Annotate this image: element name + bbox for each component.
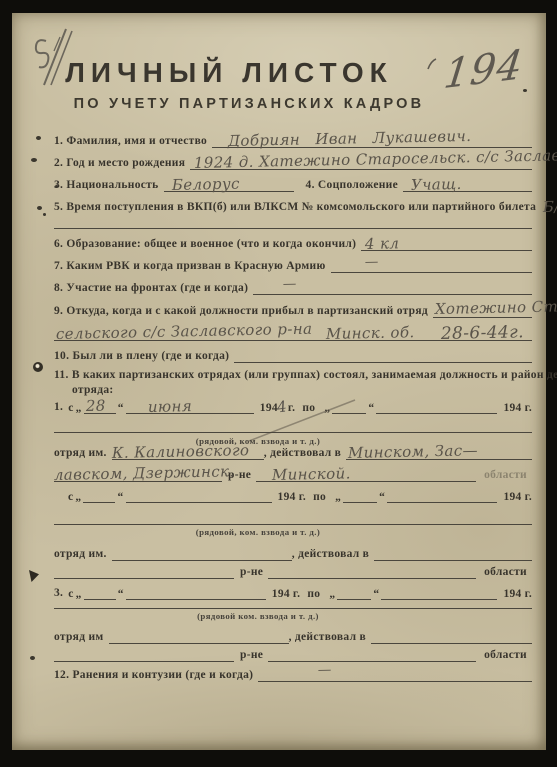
acted-label: , действовал в	[289, 631, 371, 644]
field-education: 6. Образование: общее и военное (что и к…	[54, 234, 532, 251]
year-suffix: г.	[525, 402, 532, 414]
field-party: 5. Время поступления в ВКП(б) или ВЛКСМ …	[54, 197, 532, 214]
year-prefix: 194	[272, 588, 290, 600]
record3-unit-writein-line	[109, 627, 289, 644]
field-party-label: 5. Время поступления в ВКП(б) или ВЛКСМ …	[54, 201, 541, 214]
oblast-label: области	[476, 649, 532, 662]
record1-district-row: лавском, Дзержинск. р-не Минской. област…	[54, 465, 532, 482]
year-prefix: 194	[278, 491, 296, 503]
field-captivity-label: 10. Был ли в плену (где и когда)	[54, 350, 234, 363]
record3-from-month-line	[126, 583, 266, 600]
field-birth: 2. Год и место рождения 1924 д. Хатежино…	[54, 153, 532, 170]
record1-unit: отряд им. К. Калиновского , действовал в…	[54, 443, 532, 460]
field-rvk-writein-line: —	[331, 256, 532, 273]
field-units-heading: 11. В каких партизанских отрядах (или гр…	[54, 368, 532, 382]
field-rvk-label: 7. Каким РВК и когда призван в Красную А…	[54, 260, 331, 273]
year-prefix: 194	[503, 402, 521, 414]
field-units-heading-line1: 11. В каких партизанских отрядах (или гр…	[54, 369, 557, 382]
field-wounds-label: 12. Ранения и контузии (где и когда)	[54, 669, 258, 682]
record2-dates: с „ “ 194 г. по „ “ 194 г.	[68, 486, 532, 503]
district-label: р-не	[234, 649, 268, 662]
close-quote: “	[117, 491, 123, 503]
record3-position-line	[54, 608, 532, 609]
pen-tick-mark	[426, 57, 438, 71]
field-origin-value-line1: Хотежино Старо-	[435, 299, 557, 316]
page-subtitle: ПО УЧЕТУ ПАРТИЗАНСКИХ КАДРОВ	[12, 96, 486, 112]
ink-blot	[29, 570, 39, 582]
field-units-heading2: отряда:	[72, 383, 532, 397]
record3-district-writein-line	[268, 645, 476, 662]
field-wounds-value: —	[318, 663, 332, 677]
year-prefix: 194	[503, 491, 521, 503]
open-quote: „	[76, 402, 82, 414]
field-origin: 9. Откуда, когда и с какой должности при…	[54, 301, 532, 318]
field-origin-line2: сельского с/с Заславского р-на Минск. об…	[54, 324, 532, 341]
to-label: по	[313, 491, 326, 503]
record1-from-day-line: 28	[84, 397, 116, 414]
field-social-value: Учащ.	[411, 177, 462, 192]
field-wounds: 12. Ранения и контузии (где и когда) —	[54, 665, 532, 682]
record1-district-value: Минской.	[272, 466, 351, 482]
record2-acted-writein-line	[374, 544, 532, 561]
field-origin-value-line2a: сельского с/с Заславского р-на	[56, 322, 313, 341]
close-quote: “	[379, 491, 385, 503]
ink-speck	[30, 656, 35, 660]
record1-district-writein-line: Минской.	[256, 465, 476, 482]
open-quote: „	[329, 588, 335, 600]
field-surname-value: Добриян Иван Лукашевич.	[228, 129, 472, 148]
record1-number: 1.	[54, 401, 68, 414]
from-label: с	[68, 588, 73, 600]
ink-speck	[36, 136, 41, 140]
to-label: по	[307, 588, 320, 600]
field-social-writein-line: Учащ.	[403, 175, 532, 192]
field-nationality-value: Белорус	[171, 177, 239, 192]
field-nationality-label: 3. Национальность	[54, 179, 164, 192]
acted-label: , действовал в	[292, 548, 374, 561]
field-fronts: 8. Участие на фронтах (где и когда) —	[54, 278, 532, 295]
record2-from-day-line	[83, 486, 115, 503]
field-surname: 1. Фамилия, имя и отчество Добриян Иван …	[54, 131, 532, 148]
record3-dates: 3. с „ “ 194 г. по „ “ 194 г.	[54, 583, 532, 600]
close-quote: “	[373, 588, 379, 600]
ink-speck	[523, 89, 527, 92]
record1-position-line	[54, 432, 532, 433]
close-quote: “	[368, 402, 374, 414]
field-party-continuation-line	[54, 228, 532, 229]
record2-position-line	[54, 524, 532, 525]
field-origin-writein-line2: сельского с/с Заславского р-на Минск. об…	[54, 324, 532, 341]
scanned-form-page: ЛИЧНЫЙ ЛИСТОК 194 ПО УЧЕТУ ПАРТИЗАНСКИХ …	[12, 13, 546, 750]
unit-label: отряд им	[54, 631, 109, 644]
field-origin-value-line2c: 28-6-44г.	[441, 325, 524, 341]
unit-label: отряд им.	[54, 447, 112, 460]
record2-from-month-line	[126, 486, 272, 503]
year-suffix: г.	[525, 491, 532, 503]
close-quote: “	[118, 588, 124, 600]
record2-to-month-line	[387, 486, 497, 503]
field-captivity: 10. Был ли в плену (где и когда)	[54, 346, 532, 363]
open-quote: „	[335, 491, 341, 503]
field-birth-label: 2. Год и место рождения	[54, 157, 190, 170]
open-quote: „	[75, 491, 81, 503]
open-quote: „	[76, 588, 82, 600]
unit-label: отряд им.	[54, 548, 112, 561]
record3-acted-writein-line	[371, 627, 532, 644]
field-origin-label: 9. Откуда, когда и с какой должности при…	[54, 305, 433, 318]
ink-speck	[31, 158, 37, 162]
field-origin-writein-line: Хотежино Старо-	[433, 301, 532, 318]
record3-to-day-line	[337, 583, 371, 600]
field-education-writein-line: 4 кл	[361, 234, 532, 251]
record1-acted-value2: лавском, Дзержинск.	[54, 464, 235, 482]
record3-number: 3.	[54, 587, 68, 600]
ink-speck	[43, 213, 46, 216]
record1-acted-writein-line2: лавском, Дзержинск.	[54, 465, 222, 482]
record2-district-row: р-не области	[54, 562, 532, 579]
record2-unit: отряд им. , действовал в	[54, 544, 532, 561]
record1-unit-writein-line: К. Калиновского	[112, 443, 264, 460]
from-label: с	[68, 402, 73, 414]
ink-speck	[37, 206, 42, 210]
field-rvk-value: —	[364, 255, 378, 269]
record1-from-day: 28	[85, 399, 105, 413]
field-nationality-writein-line: Белорус	[164, 175, 294, 192]
acted-label: , действовал в	[264, 447, 346, 460]
record1-unit-value: К. Калиновского	[111, 443, 249, 460]
field-education-label: 6. Образование: общее и военное (что и к…	[54, 238, 361, 251]
field-birth-value: 1924 д. Хатежино Старосельск. с/с Заслав…	[194, 147, 557, 170]
record3-from-day-line	[84, 583, 116, 600]
record2-position-hint: (рядовой, ком. взвода и т. д.)	[54, 527, 532, 537]
field-social-label: 4. Соцположение	[294, 179, 403, 192]
record2-unit-writein-line	[112, 544, 292, 561]
oblast-label: области	[476, 469, 532, 482]
field-wounds-writein-line: —	[258, 665, 532, 682]
record3-district-row: р-не области	[54, 645, 532, 662]
year-prefix: 194	[503, 588, 521, 600]
record2-to-day-line	[343, 486, 377, 503]
district-label: р-не	[234, 566, 268, 579]
record3-to-month-line	[381, 583, 497, 600]
year-suffix: г.	[525, 588, 532, 600]
field-surname-label: 1. Фамилия, имя и отчество	[54, 135, 212, 148]
year-suffix: г.	[293, 588, 300, 600]
from-label: с	[68, 491, 73, 503]
record1-acted-value: Минском, Зас—	[348, 443, 478, 460]
oblast-label: области	[476, 566, 532, 579]
field-origin-value-line2b: Минск. об.	[326, 325, 415, 341]
record1-acted-writein-line: Минском, Зас—	[346, 443, 532, 460]
field-nationality-social: 3. Национальность Белорус 4. Соцположени…	[54, 175, 532, 192]
field-surname-writein-line: Добриян Иван Лукашевич.	[212, 131, 532, 148]
record1-from-month: июня	[147, 399, 192, 414]
close-quote: “	[118, 402, 124, 414]
field-birth-writein-line: 1924 д. Хатежино Старосельск. с/с Заслав…	[190, 153, 532, 170]
handwritten-doc-number: 194	[441, 42, 526, 99]
field-rvk: 7. Каким РВК и когда призван в Красную А…	[54, 256, 532, 273]
record3-acted-writein-line2	[54, 645, 234, 662]
field-education-value: 4 кл	[365, 236, 400, 251]
year-suffix: г.	[299, 491, 306, 503]
record1-from-month-line: июня	[126, 397, 254, 414]
record2-acted-writein-line2	[54, 562, 234, 579]
record2-district-writein-line	[268, 562, 476, 579]
record3-position-hint: (рядовой ком. взвода и т. д.)	[54, 611, 532, 621]
field-units-heading-line2: отряда:	[72, 384, 119, 397]
record1-to-month-line	[376, 397, 497, 414]
record3-unit: отряд им , действовал в	[54, 627, 532, 644]
field-fronts-writein-line: —	[253, 278, 532, 295]
page-title: ЛИЧНЫЙ ЛИСТОК	[12, 57, 446, 89]
field-party-value: Б/п	[543, 199, 557, 214]
field-fronts-label: 8. Участие на фронтах (где и когда)	[54, 282, 253, 295]
punch-hole	[33, 362, 43, 372]
field-fronts-value: —	[283, 277, 297, 291]
field-captivity-writein-line	[234, 346, 532, 363]
ink-speck	[55, 185, 58, 188]
